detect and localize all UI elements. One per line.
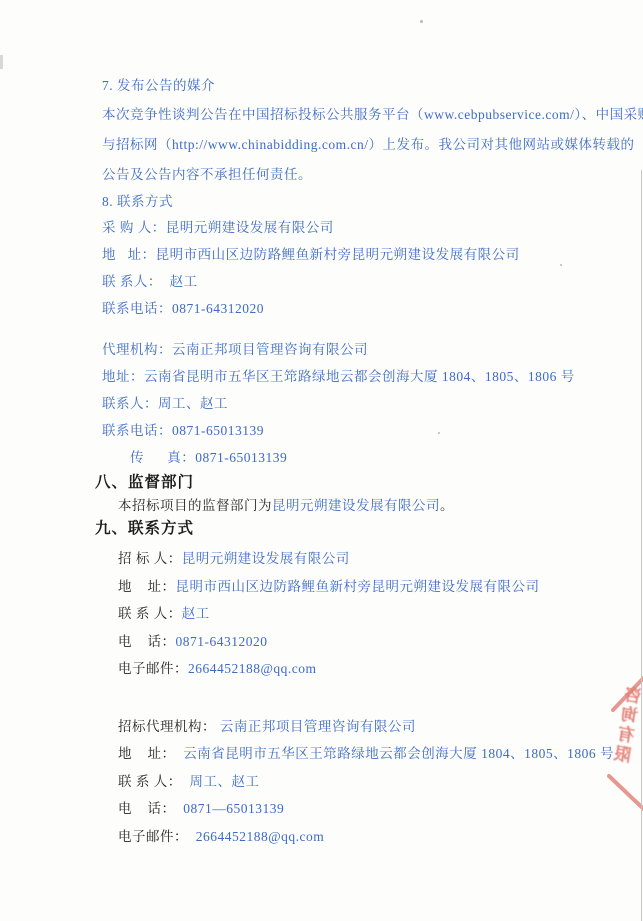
- section7-paragraph-line: 本次竞争性谈判公告在中国招标投标公共服务平台（www.cebpubservice…: [95, 100, 615, 130]
- field-value: 周工、赵工: [190, 774, 260, 789]
- scan-speck: [420, 20, 423, 23]
- scan-speck: [560, 264, 562, 266]
- document-page: 7. 发布公告的媒介 本次竞争性谈判公告在中国招标投标公共服务平台（www.ce…: [0, 0, 643, 921]
- agency2-name-row: 招标代理机构： 云南正邦项目管理咨询有限公司: [95, 713, 615, 741]
- purchaser-phone-line: 联系电话：0871-64312020: [95, 295, 615, 322]
- scan-edge-mark: [0, 55, 3, 69]
- agency-phone-line: 联系电话：0871-65013139: [95, 417, 615, 444]
- field-label: 电子邮件：: [118, 661, 188, 676]
- purchaser-address-line: 地 址：昆明市西山区边防路鲤鱼新村旁昆明元朔建设发展有限公司: [95, 241, 615, 268]
- field-value: 2664452188@qq.com: [196, 829, 325, 844]
- supervision-department-name: 昆明元朔建设发展有限公司: [272, 498, 440, 513]
- section8-heading: 8. 联系方式: [95, 190, 615, 214]
- supervision-body: 本招标项目的监督部门为昆明元朔建设发展有限公司。: [95, 495, 615, 517]
- agency-name-line: 代理机构：云南正邦项目管理咨询有限公司: [95, 336, 615, 363]
- field-label: 联 系 人：: [118, 774, 190, 789]
- field-value: 赵工: [182, 606, 210, 621]
- supervision-section-heading: 八、监督部门: [95, 471, 615, 495]
- supervision-body-suffix: 。: [440, 498, 454, 513]
- tenderer-phone-row: 电 话：0871-64312020: [95, 628, 615, 656]
- field-label: 联 系 人：: [118, 606, 182, 621]
- field-label: 地 址：: [118, 579, 176, 594]
- field-value: 昆明市西山区边防路鲤鱼新村旁昆明元朔建设发展有限公司: [176, 579, 540, 594]
- field-label: 电 话：: [118, 801, 183, 816]
- agency-fax-line: 传 真：0871-65013139: [95, 444, 615, 471]
- scan-page-edge: [641, 170, 643, 921]
- supervision-body-prefix: 本招标项目的监督部门为: [118, 498, 272, 513]
- tenderer-contact-row: 联 系 人：赵工: [95, 600, 615, 628]
- purchaser-contact-line: 联 系人： 赵工: [95, 268, 615, 295]
- scan-speck: [438, 432, 440, 434]
- purchaser-name-line: 采 购 人：昆明元朔建设发展有限公司: [95, 214, 615, 241]
- section7-paragraph-line: 与招标网（http://www.chinabidding.com.cn/）上发布…: [95, 130, 615, 160]
- field-label: 地 址：: [118, 746, 183, 761]
- contact-section-heading: 九、联系方式: [95, 517, 615, 541]
- tenderer-email-row: 电子邮件：2664452188@qq.com: [95, 655, 615, 683]
- field-value: 0871—65013139: [183, 801, 284, 816]
- field-label: 招标代理机构：: [118, 719, 220, 734]
- section7-heading: 7. 发布公告的媒介: [95, 72, 615, 100]
- tenderer-address-row: 地 址：昆明市西山区边防路鲤鱼新村旁昆明元朔建设发展有限公司: [95, 573, 615, 601]
- agency2-address-row: 地 址： 云南省昆明市五华区王筇路绿地云都会创海大厦 1804、1805、180…: [95, 740, 615, 768]
- tenderer-name-row: 招 标 人：昆明元朔建设发展有限公司: [95, 545, 615, 573]
- field-value: 昆明元朔建设发展有限公司: [182, 551, 350, 566]
- seal-text: 咨询有限: [610, 684, 643, 767]
- field-value: 0871-64312020: [176, 634, 268, 649]
- document-content: 7. 发布公告的媒介 本次竞争性谈判公告在中国招标投标公共服务平台（www.ce…: [95, 72, 615, 850]
- agency2-contact-row: 联 系 人： 周工、赵工: [95, 768, 615, 796]
- agency-contact-line: 联系人：周工、赵工: [95, 390, 615, 417]
- field-label: 招 标 人：: [118, 551, 182, 566]
- section7-paragraph-line: 公告及公告内容不承担任何责任。: [95, 160, 615, 190]
- field-label: 电 话：: [118, 634, 176, 649]
- field-value: 云南正邦项目管理咨询有限公司: [220, 719, 416, 734]
- field-label: 电子邮件：: [118, 829, 196, 844]
- field-value: 云南省昆明市五华区王筇路绿地云都会创海大厦 1804、1805、1806 号: [183, 746, 614, 761]
- agency2-phone-row: 电 话： 0871—65013139: [95, 795, 615, 823]
- field-value: 2664452188@qq.com: [188, 661, 317, 676]
- agency2-email-row: 电子邮件： 2664452188@qq.com: [95, 823, 615, 851]
- agency-address-line: 地址：云南省昆明市五华区王筇路绿地云都会创海大厦 1804、1805、1806 …: [95, 363, 615, 390]
